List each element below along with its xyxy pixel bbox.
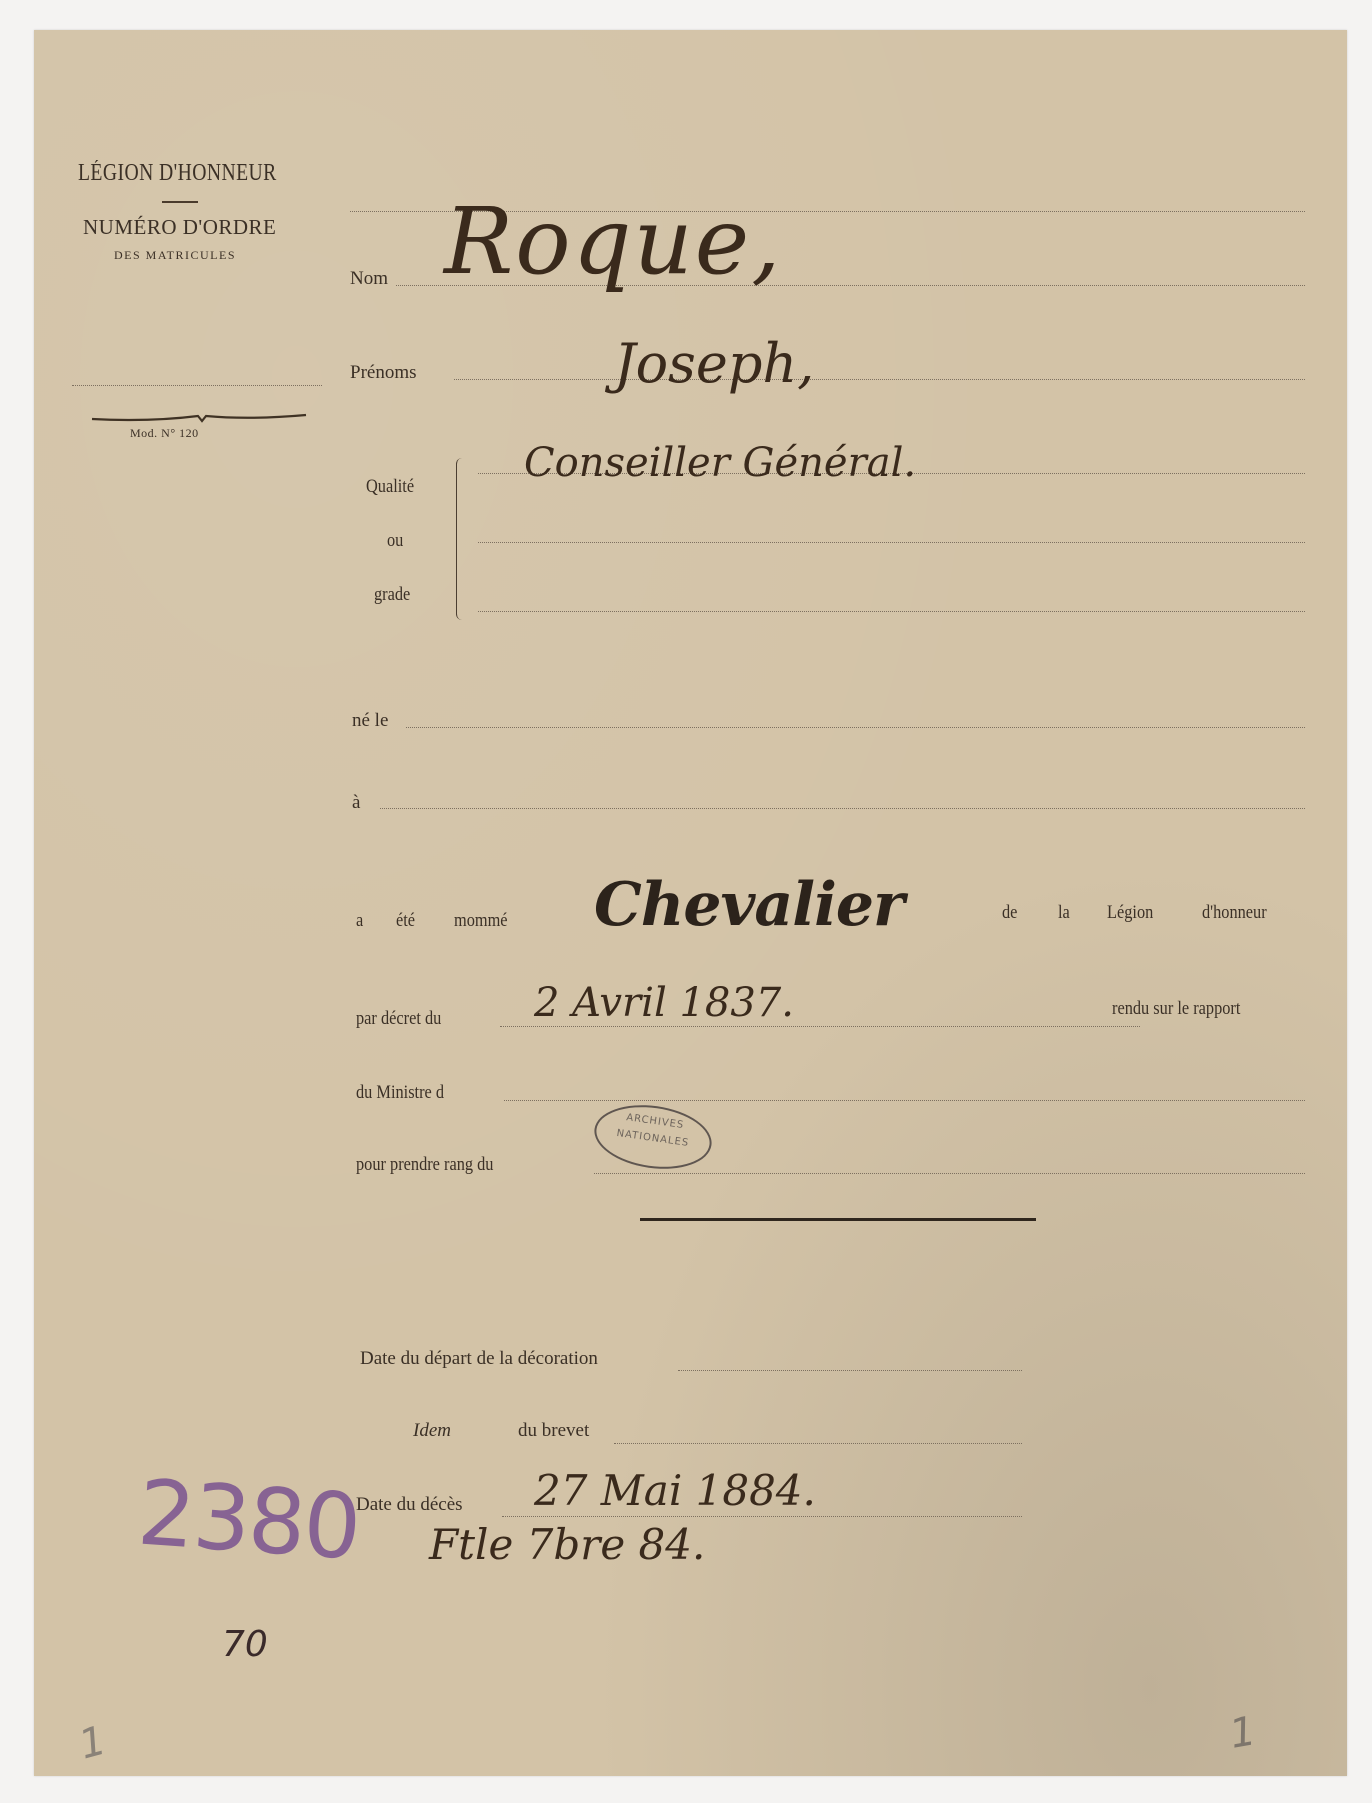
nomination-word-a: a xyxy=(356,910,363,932)
deces-label: Date du décès xyxy=(356,1494,463,1516)
archives-nationales-stamp: ARCHIVES NATIONALES xyxy=(590,1098,715,1176)
nomination-word-honneur: d'honneur xyxy=(1202,902,1267,924)
rang-label: pour prendre rang du xyxy=(356,1154,493,1176)
brace-icon xyxy=(456,458,465,620)
prenoms-line xyxy=(454,379,1305,380)
ministre-line[interactable] xyxy=(504,1100,1305,1101)
decree-value[interactable]: 2 Avril 1837. xyxy=(534,980,794,1026)
nomination-word-momme: mommé xyxy=(454,910,508,932)
depart-label: Date du départ de la décoration xyxy=(360,1348,598,1370)
brevet-label: du brevet xyxy=(518,1420,589,1442)
nomination-word-de: de xyxy=(1002,902,1017,924)
brevet-line[interactable] xyxy=(614,1443,1022,1444)
header-title: LÉGION D'HONNEUR xyxy=(78,160,277,187)
section-separator xyxy=(640,1218,1036,1221)
deces-value[interactable]: 27 Mai 1884. xyxy=(534,1466,816,1515)
ornament-flourish-icon xyxy=(90,412,310,426)
grade-label: grade xyxy=(374,584,410,606)
corner-mark-right: 1 xyxy=(1226,1708,1259,1758)
qualite-line-3 xyxy=(478,611,1305,612)
decree-suffix: rendu sur le rapport xyxy=(1112,998,1240,1020)
decree-line xyxy=(500,1026,1140,1027)
header-subtitle-small: DES MATRICULES xyxy=(114,248,236,263)
deces-note[interactable]: Ftle 7bre 84. xyxy=(429,1520,705,1569)
ne-le-line[interactable] xyxy=(406,727,1305,728)
nomination-word-la: la xyxy=(1058,902,1070,924)
header-subtitle: NUMÉRO D'ORDRE xyxy=(83,215,276,240)
ne-le-label: né le xyxy=(352,710,388,732)
model-number: Mod. N° 120 xyxy=(130,426,199,441)
depart-line[interactable] xyxy=(678,1370,1022,1371)
a-line[interactable] xyxy=(380,808,1305,809)
rank-chevalier: Chevalier xyxy=(594,870,904,940)
nomination-word-legion: Légion xyxy=(1107,902,1153,924)
a-label: à xyxy=(352,792,360,814)
document-card: LÉGION D'HONNEUR NUMÉRO D'ORDRE DES MATR… xyxy=(34,30,1347,1776)
corner-mark-left: 1 xyxy=(74,1717,110,1768)
qualite-label: Qualité xyxy=(366,476,414,498)
prenoms-value[interactable]: Joseph, xyxy=(614,332,814,395)
stamp-number: 2380 xyxy=(135,1460,363,1580)
prenoms-label: Prénoms xyxy=(350,362,417,384)
nomination-word-ete: été xyxy=(396,910,415,932)
ou-label: ou xyxy=(387,530,403,552)
brevet-idem: Idem xyxy=(413,1420,451,1442)
header-divider xyxy=(162,201,198,203)
nom-value[interactable]: Roque, xyxy=(444,188,783,295)
qualite-line-2 xyxy=(478,542,1305,543)
ministre-label: du Ministre d xyxy=(356,1082,444,1104)
decree-label: par décret du xyxy=(356,1008,441,1030)
handwritten-number: 70 xyxy=(222,1624,268,1665)
qualite-value[interactable]: Conseiller Général. xyxy=(524,440,916,486)
deces-line xyxy=(502,1516,1022,1517)
nom-label: Nom xyxy=(350,268,388,290)
rang-line[interactable] xyxy=(594,1173,1305,1174)
order-number-line xyxy=(72,385,322,386)
